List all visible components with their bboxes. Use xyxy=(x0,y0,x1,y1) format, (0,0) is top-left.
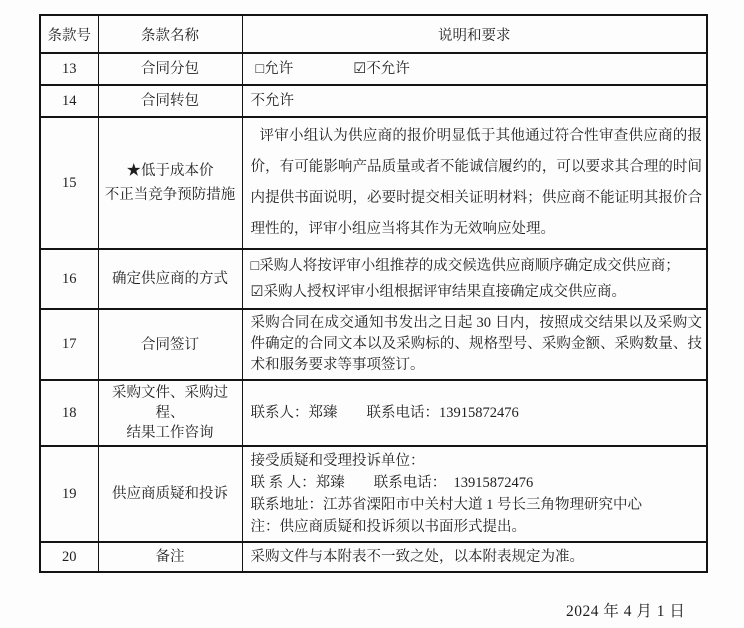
table-header-row: 条款号 条款名称 说明和要求 xyxy=(40,15,707,53)
col-header-description: 说明和要求 xyxy=(242,15,707,53)
clause-no: 16 xyxy=(40,249,98,309)
allow-option: □允许 xyxy=(256,61,294,77)
clause-desc: 不允许 xyxy=(242,85,707,117)
supplier-method-option-1: □采购人将按评审小组推荐的成交候选供应商顺序确定成交供应商； xyxy=(251,253,701,279)
clause-row-19: 19 供应商质疑和投诉 接受质疑和受理投诉单位： 联 系 人：郑臻 联系电话： … xyxy=(40,446,707,542)
clause-name: 合同转包 xyxy=(98,85,242,117)
clause-row-13: 13 合同分包 □允许☑不允许 xyxy=(40,53,707,85)
checkbox-checked-icon: ☑ xyxy=(251,279,264,305)
clause-no: 17 xyxy=(40,309,98,380)
clause-name: 供应商质疑和投诉 xyxy=(98,446,242,542)
clause-no: 18 xyxy=(40,380,98,446)
clause-name: 合同分包 xyxy=(98,53,242,85)
clause-name: ★低于成本价 不正当竞争预防措施 xyxy=(98,117,242,249)
allow-option-label: 允许 xyxy=(264,61,293,77)
clause-no: 20 xyxy=(40,542,98,572)
clause-no: 15 xyxy=(40,117,98,249)
clause-no: 13 xyxy=(40,53,98,85)
checkbox-unchecked-icon: □ xyxy=(251,253,260,279)
clause-desc: □允许☑不允许 xyxy=(242,53,707,85)
clause-name: 合同签订 xyxy=(98,309,242,380)
clause-row-18: 18 采购文件、采购过程、 结果工作咨询 联系人：郑臻 联系电话：1391587… xyxy=(40,380,707,446)
clause-name: 确定供应商的方式 xyxy=(98,249,242,309)
document-date: 2024 年 4 月 1 日 xyxy=(566,599,685,621)
clause-row-20: 20 备注 采购文件与本附表不一致之处，以本附表规定为准。 xyxy=(40,542,707,572)
disallow-option: ☑不允许 xyxy=(353,61,410,77)
clause-desc: 联系人：郑臻 联系电话：13915872476 xyxy=(242,380,707,446)
clause-name: 采购文件、采购过程、 结果工作咨询 xyxy=(98,380,242,446)
clause-desc: 接受质疑和受理投诉单位： 联 系 人：郑臻 联系电话： 13915872476 … xyxy=(242,446,707,542)
col-header-clause-name: 条款名称 xyxy=(98,15,242,53)
clause-row-15: 15 ★低于成本价 不正当竞争预防措施 评审小组认为供应商的报价明显低于其他通过… xyxy=(40,117,707,249)
clauses-table: 条款号 条款名称 说明和要求 13 合同分包 □允许☑不允许 14 合同转包 不… xyxy=(39,14,708,573)
supplier-method-option-1-label: 采购人将按评审小组推荐的成交候选供应商顺序确定成交供应商； xyxy=(259,258,680,274)
clause-name: 备注 xyxy=(98,542,242,572)
supplier-method-option-2: ☑采购人授权评审小组根据评审结果直接确定成交供应商。 xyxy=(251,279,701,305)
col-header-clause-no: 条款号 xyxy=(40,15,98,53)
checkbox-checked-icon: ☑ xyxy=(353,57,366,81)
supplier-method-option-2-label: 采购人授权评审小组根据评审结果直接确定成交供应商。 xyxy=(264,284,627,300)
clause-desc: 采购合同在成交通知书发出之日起 30 日内，按照成交结果以及采购文件确定的合同文… xyxy=(242,309,707,380)
disallow-option-label: 不允许 xyxy=(366,61,410,77)
clause-no: 14 xyxy=(40,85,98,117)
clause-row-14: 14 合同转包 不允许 xyxy=(40,85,707,117)
checkbox-unchecked-icon: □ xyxy=(256,57,265,81)
clause-row-16: 16 确定供应商的方式 □采购人将按评审小组推荐的成交候选供应商顺序确定成交供应… xyxy=(40,249,707,309)
clause-no: 19 xyxy=(40,446,98,542)
clause-desc: □采购人将按评审小组推荐的成交候选供应商顺序确定成交供应商； ☑采购人授权评审小… xyxy=(242,249,707,309)
clause-desc: 评审小组认为供应商的报价明显低于其他通过符合性审查供应商的报价，有可能影响产品质… xyxy=(242,117,707,249)
clause-desc: 采购文件与本附表不一致之处，以本附表规定为准。 xyxy=(242,542,707,572)
clause-row-17: 17 合同签订 采购合同在成交通知书发出之日起 30 日内，按照成交结果以及采购… xyxy=(40,309,707,380)
